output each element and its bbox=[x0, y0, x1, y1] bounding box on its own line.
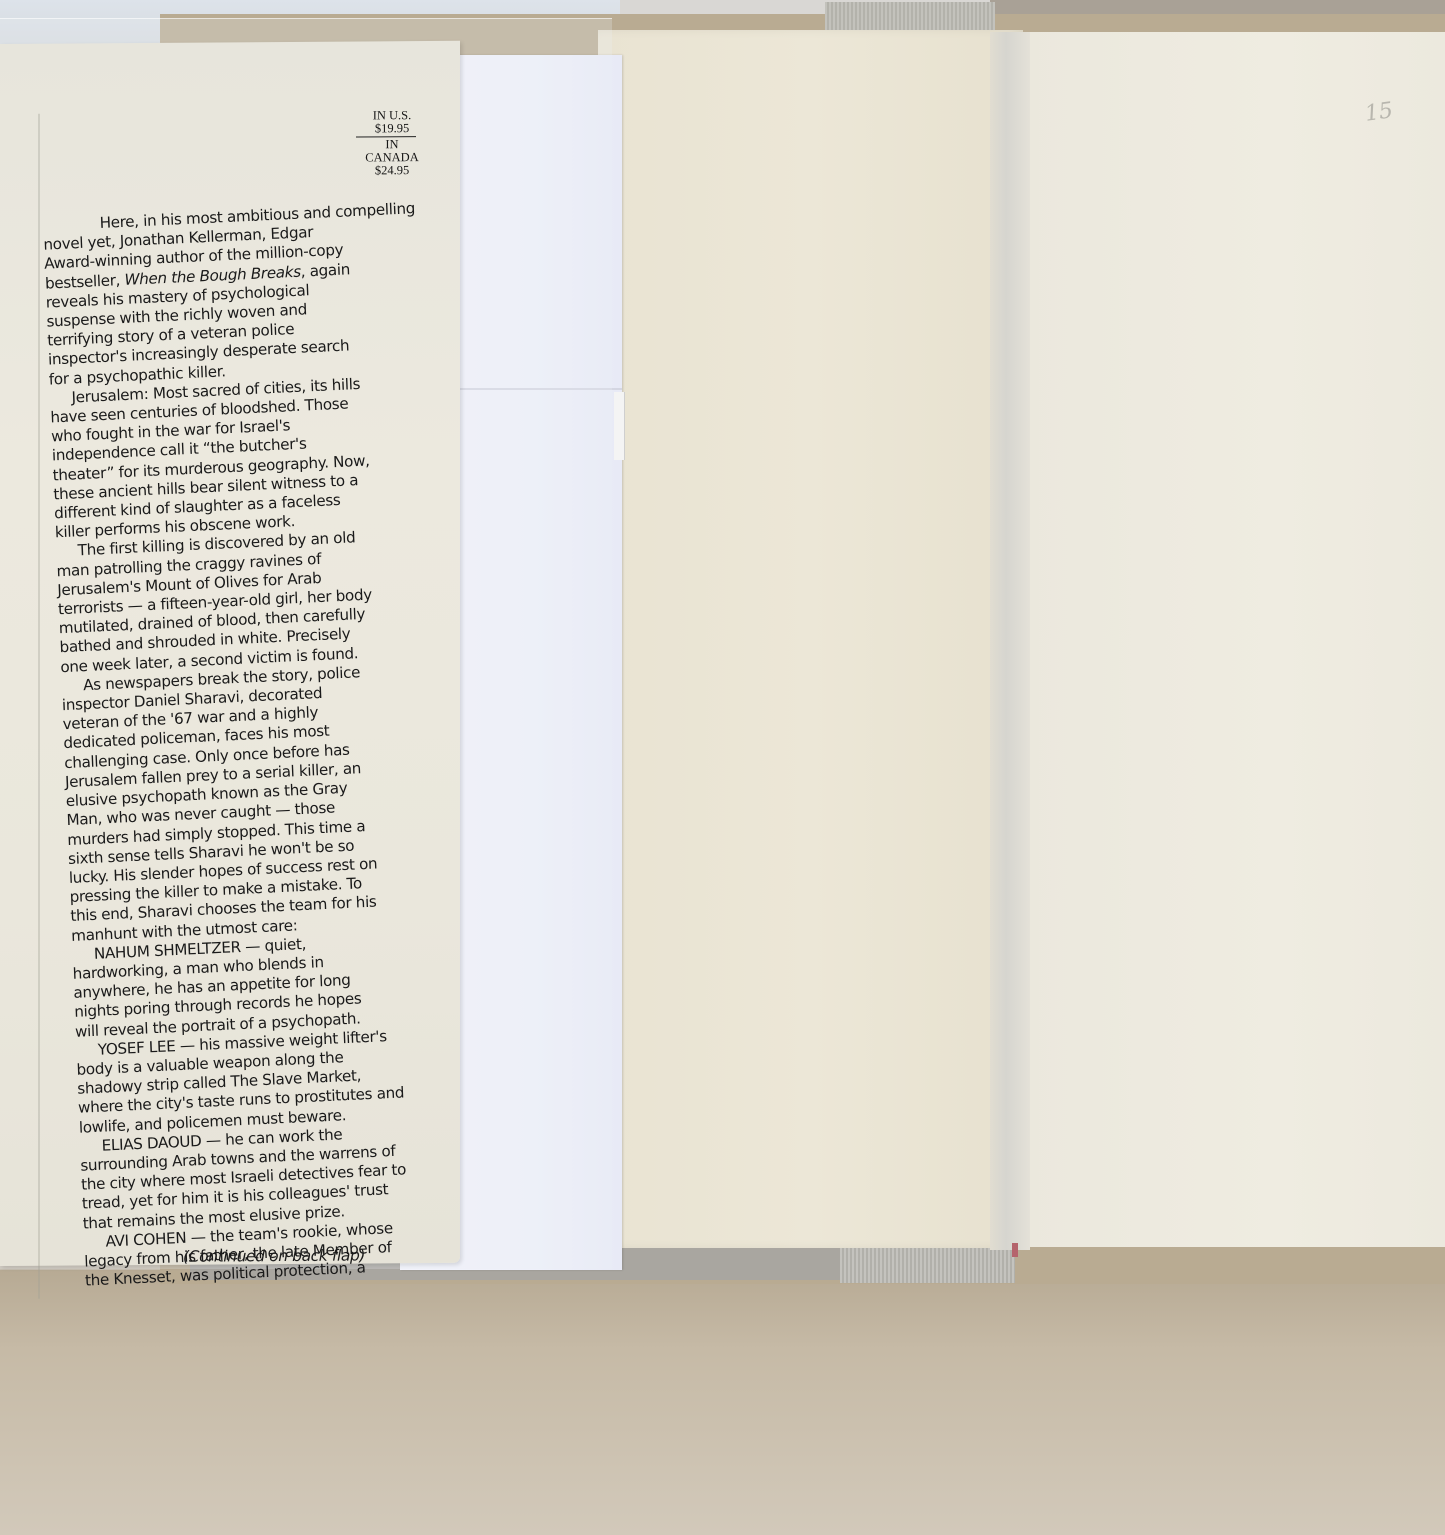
book-gutter bbox=[990, 32, 1030, 1250]
flap-paragraph: The first killing is discovered by an ol… bbox=[55, 525, 435, 677]
flap-paragraph: Jerusalem: Most sacred of cities, its hi… bbox=[49, 372, 430, 543]
flap-paragraph: NAHUM SHMELTZER — quiet,hardworking, a m… bbox=[72, 928, 451, 1042]
free-endpaper bbox=[1020, 32, 1445, 1247]
pencil-mark: 15 bbox=[1363, 98, 1394, 127]
price-canada-label: IN CANADA bbox=[360, 138, 424, 164]
flap-paragraph: YOSEF LEE — his massive weight lifter'sb… bbox=[75, 1024, 454, 1138]
flap-paragraph: As newspapers break the story, policeins… bbox=[61, 659, 446, 945]
cloth-spine-bottom bbox=[840, 1245, 1015, 1283]
flap-paragraph: Here, in his most ambitious and compelli… bbox=[42, 199, 424, 389]
flap-fold-line bbox=[38, 114, 40, 1299]
front-endpaper bbox=[598, 30, 1023, 1248]
flap-copy: Here, in his most ambitious and compelli… bbox=[42, 199, 460, 1291]
continued-note: (Continued on back flap) bbox=[183, 1246, 365, 1265]
dust-jacket-flap: IN U.S. $19.95 IN CANADA $24.95 Here, in… bbox=[0, 41, 460, 1266]
paper-tab bbox=[614, 392, 625, 460]
price-us: $19.95 bbox=[360, 122, 424, 135]
table-surface bbox=[0, 1270, 1445, 1535]
price-canada: $24.95 bbox=[360, 164, 424, 177]
headband bbox=[1012, 1243, 1018, 1257]
flap-paragraph: ELIAS DAOUD — he can work thesurrounding… bbox=[79, 1120, 458, 1234]
price-block: IN U.S. $19.95 IN CANADA $24.95 bbox=[360, 109, 424, 177]
